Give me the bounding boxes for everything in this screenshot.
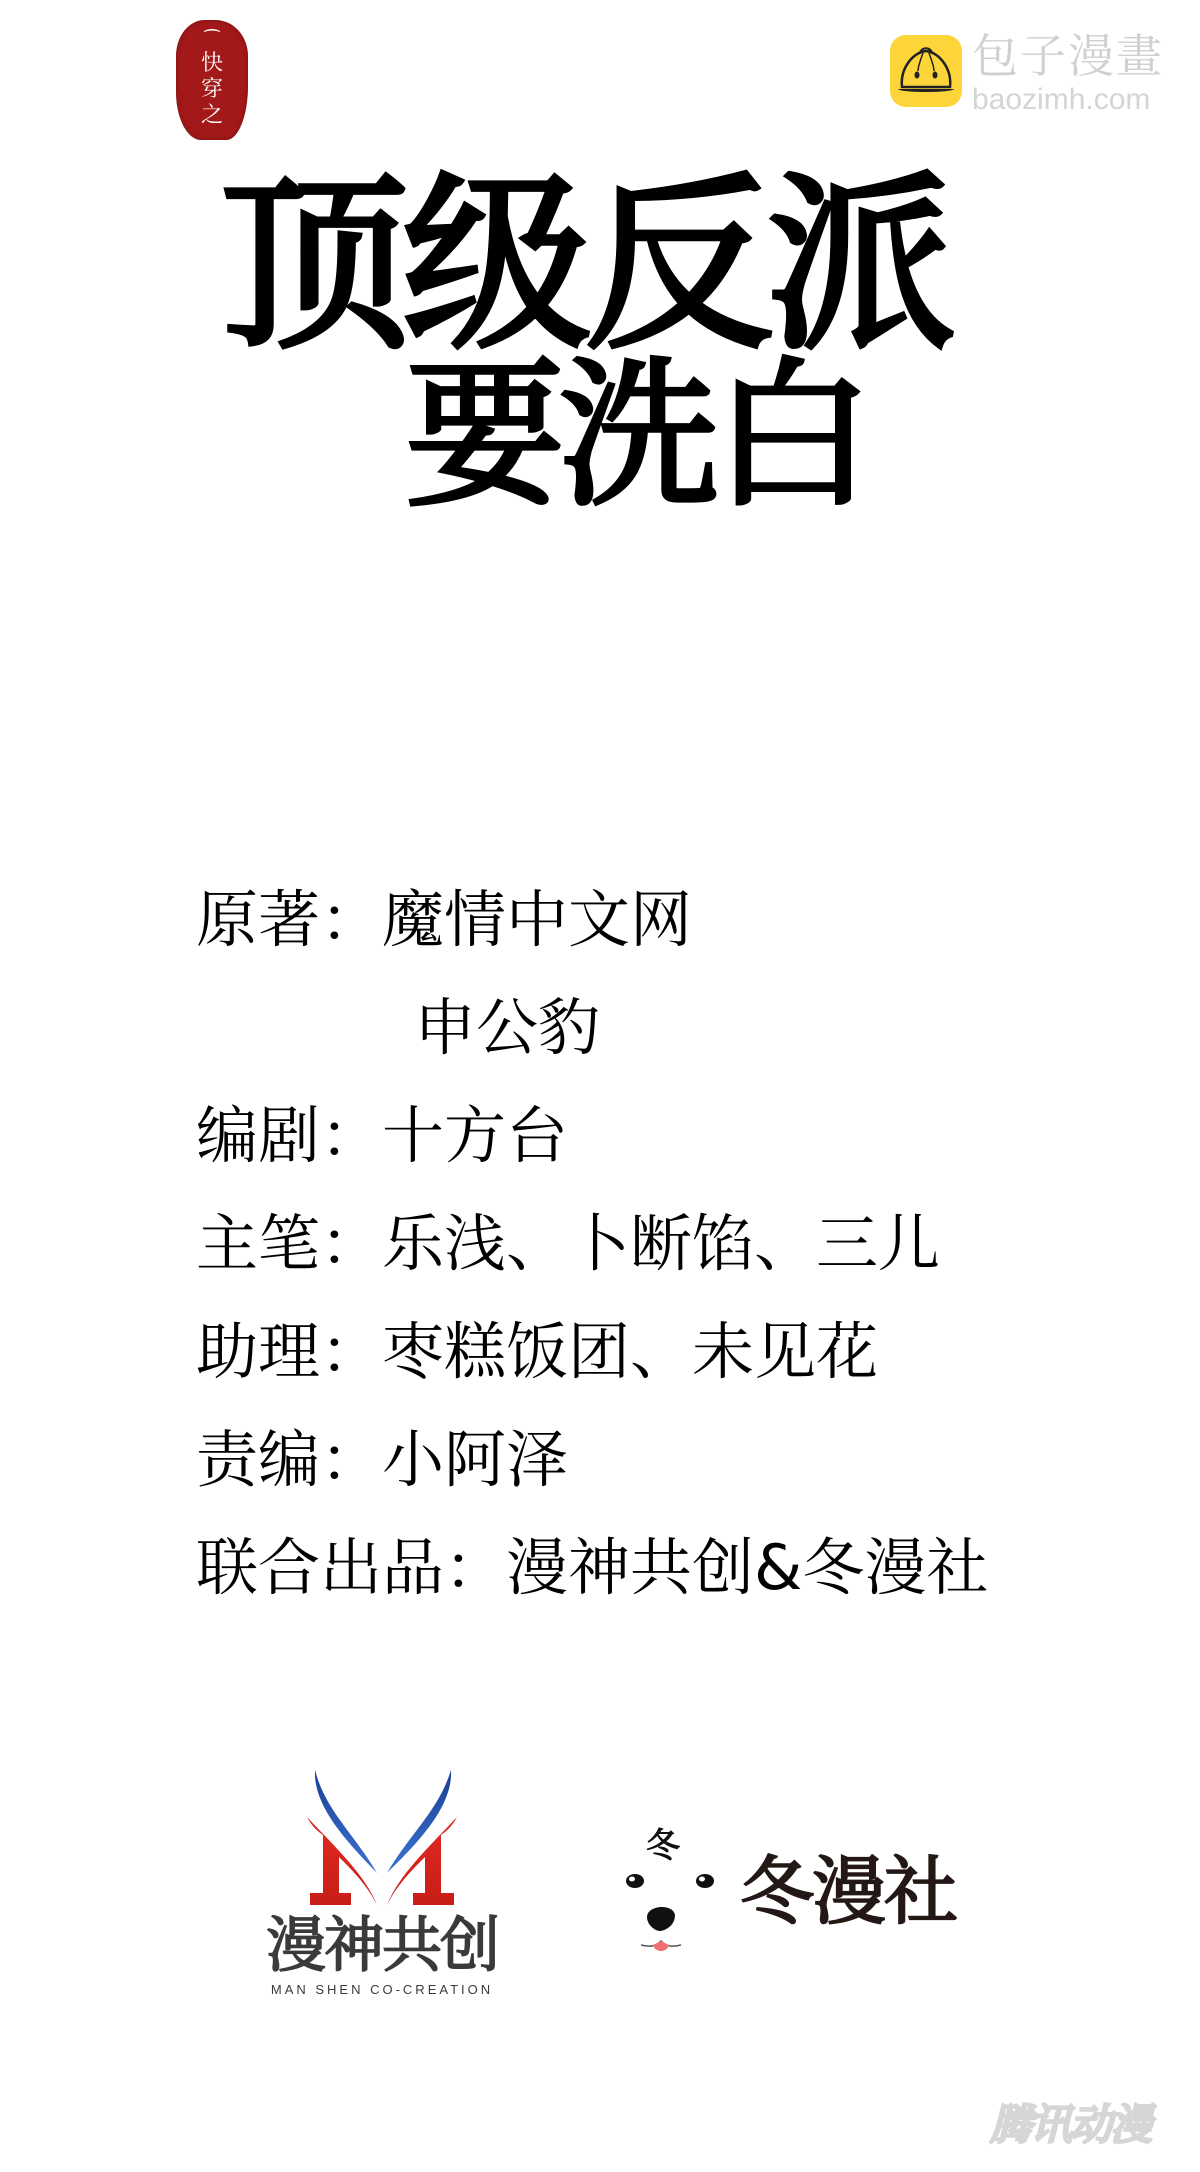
credit-row-original-author-2: 申公豹 xyxy=(414,988,600,1068)
credit-value: 申公豹 xyxy=(414,988,600,1068)
credit-value: 漫神共创&冬漫社 xyxy=(506,1528,988,1608)
credit-value: 十方台 xyxy=(382,1096,568,1176)
credit-label: 原著： xyxy=(196,880,382,960)
credit-row-screenwriter: 编剧：十方台 xyxy=(196,1096,568,1176)
credit-row-original-author: 原著：魔情中文网 xyxy=(196,880,692,960)
seal-cloud-glyph: ⁀ xyxy=(205,31,219,51)
credit-label: 责编： xyxy=(196,1420,382,1500)
dongman-name-cn: 冬漫社 xyxy=(740,1850,956,1934)
credit-value: 乐浅、卜断馅、三儿 xyxy=(382,1204,940,1284)
credit-label: 主笔： xyxy=(196,1204,382,1284)
credit-label: 编剧： xyxy=(196,1096,382,1176)
comic-title-line2: 要洗白 xyxy=(405,335,867,535)
credit-value: 枣糕饭团、未见花 xyxy=(382,1312,878,1392)
credit-label: 助理： xyxy=(196,1312,382,1392)
credit-row-assistant: 助理：枣糕饭团、未见花 xyxy=(196,1312,878,1392)
seal-char: 快 xyxy=(201,51,223,77)
dongman-badge-char: 冬 xyxy=(646,1826,680,1866)
manshen-m-icon xyxy=(255,1765,505,1915)
tencent-comic-watermark: 腾讯动漫 xyxy=(990,2100,1150,2150)
credit-row-lead-artist: 主笔：乐浅、卜断馅、三儿 xyxy=(196,1204,940,1284)
credit-value: 小阿泽 xyxy=(382,1420,568,1500)
credit-label: 联合出品： xyxy=(196,1528,506,1608)
manshen-name-en: MAN SHEN CO-CREATION xyxy=(266,1982,498,1998)
credit-row-editor: 责编：小阿泽 xyxy=(196,1420,568,1500)
manshen-name-cn: 漫神共创 xyxy=(266,1912,498,1980)
credit-row-coproduction: 联合出品：漫神共创&冬漫社 xyxy=(196,1528,988,1608)
watermark-site-name: 包子漫畫 xyxy=(972,30,1164,82)
watermark-site-url: baozimh.com xyxy=(972,84,1150,116)
credit-value: 魔情中文网 xyxy=(382,880,692,960)
baozi-icon xyxy=(890,35,962,107)
